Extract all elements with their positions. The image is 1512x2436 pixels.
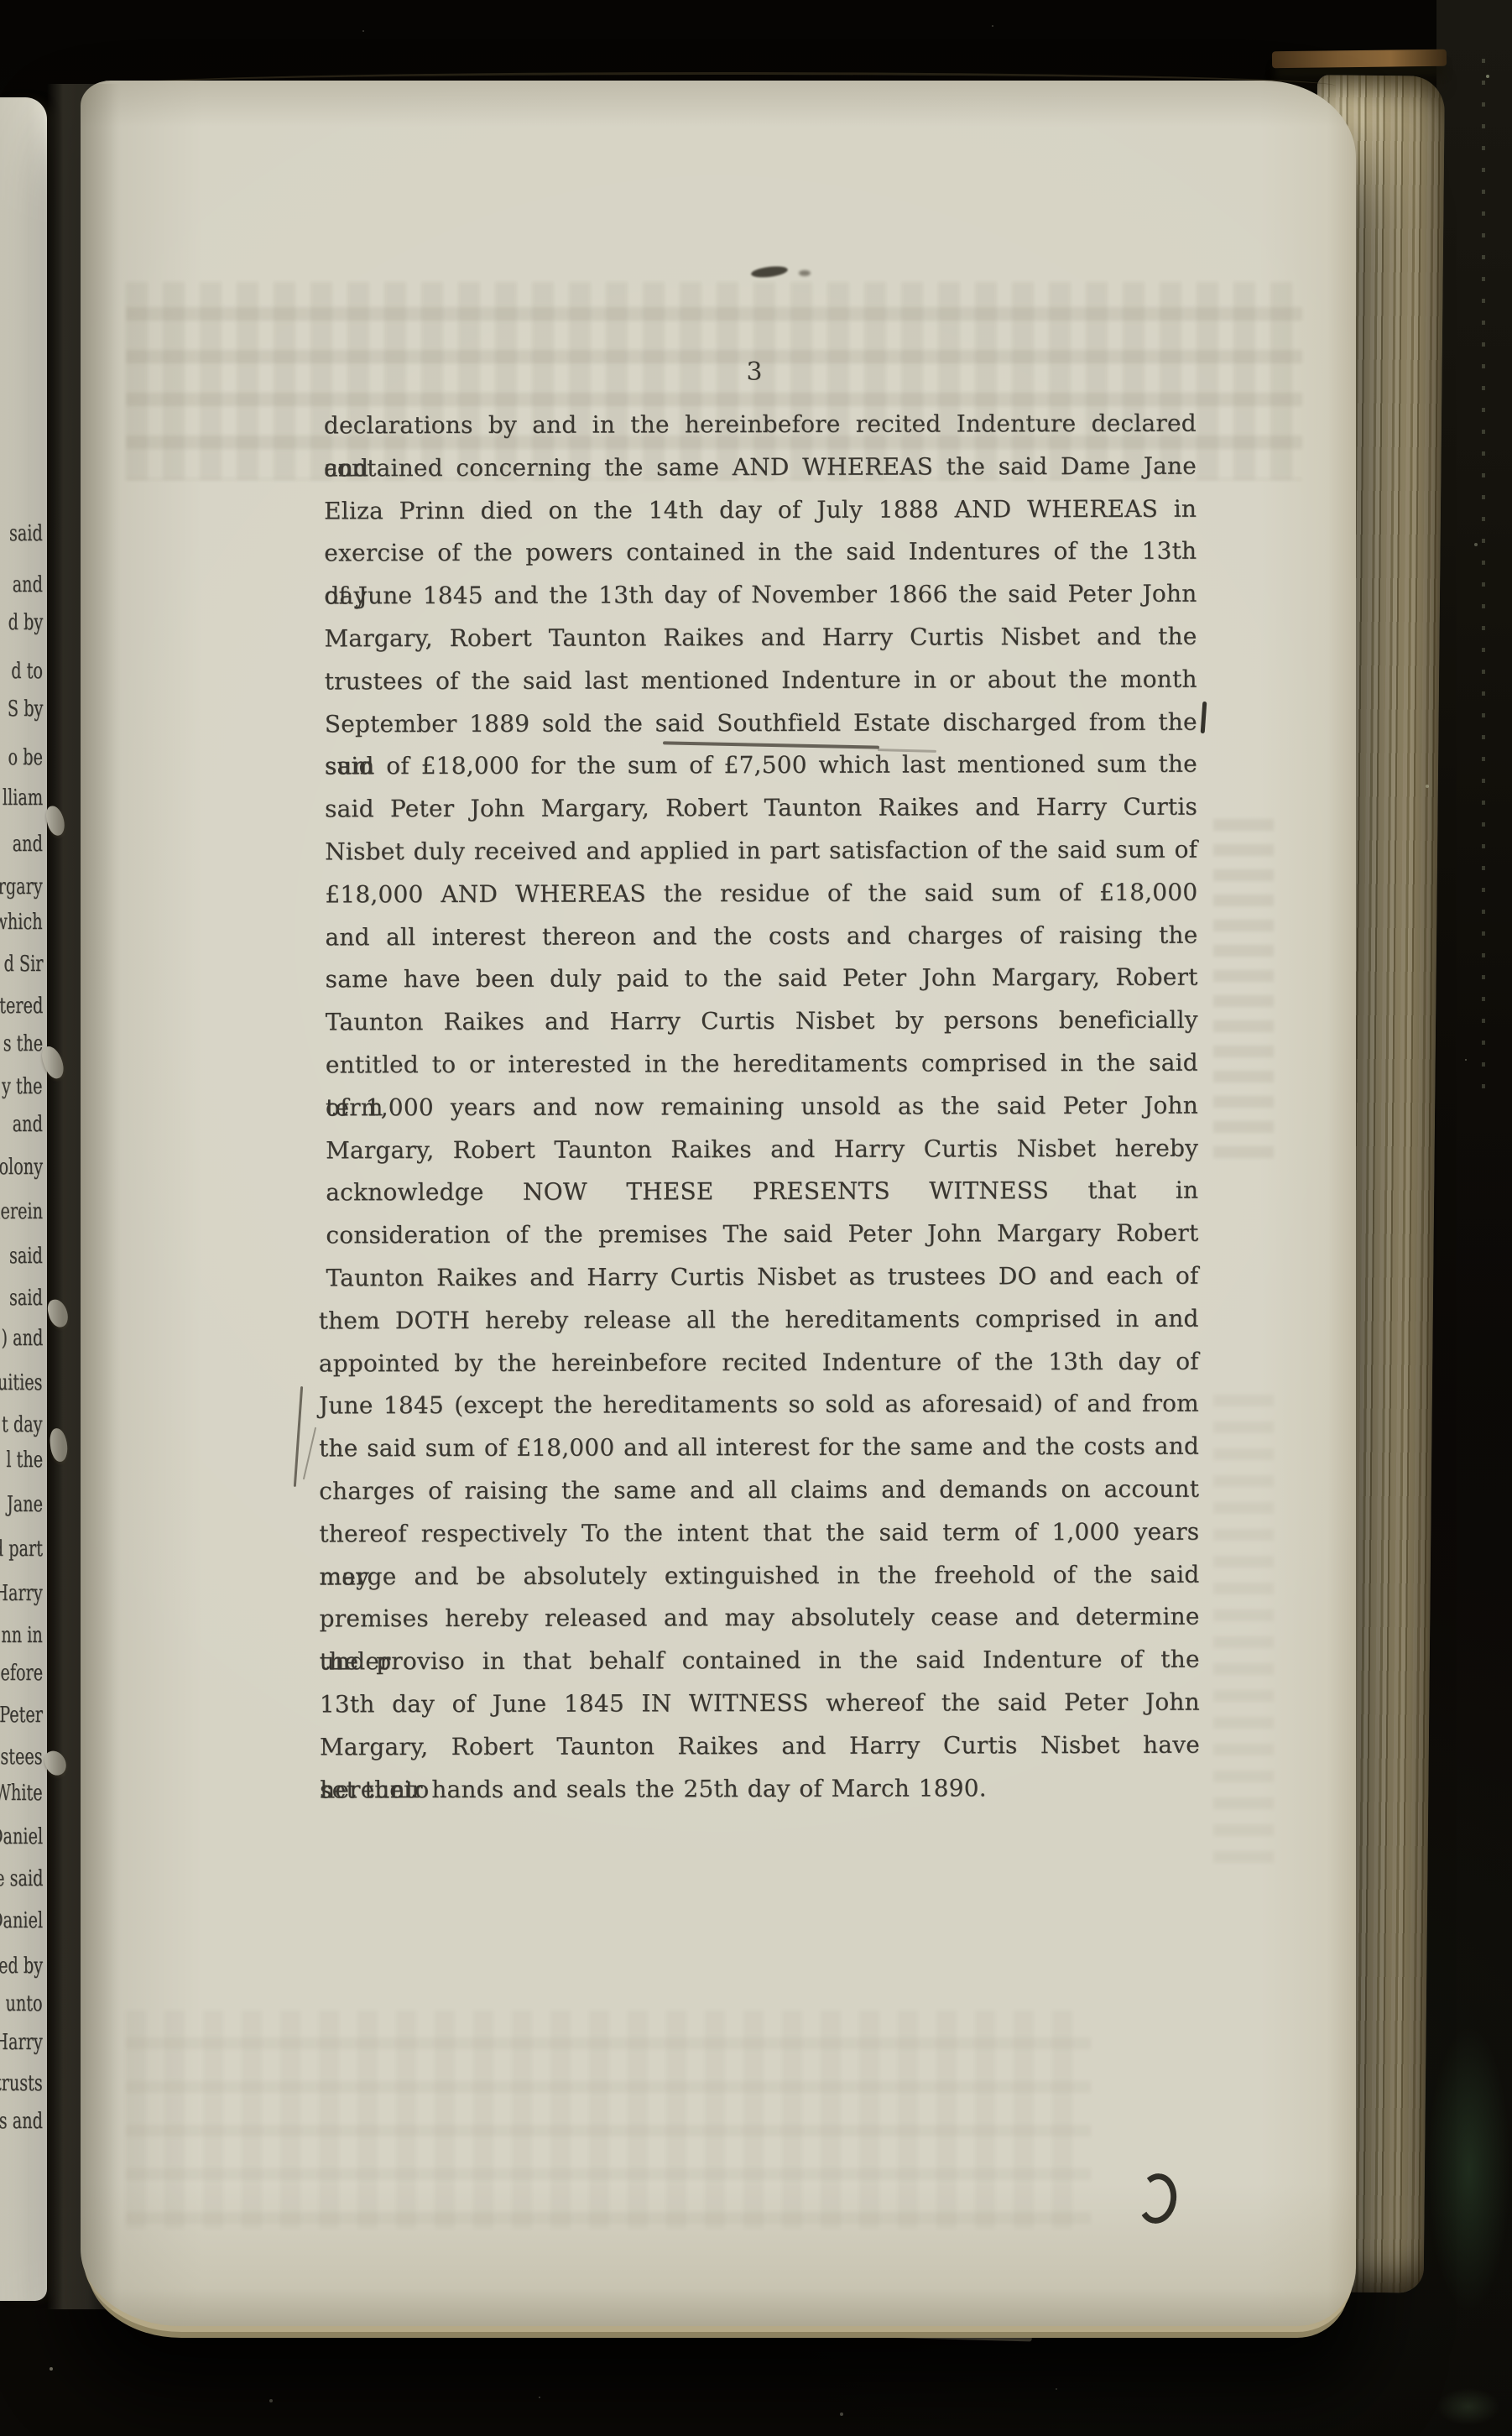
text-line: contained concerning the same AND WHEREA…: [324, 445, 1197, 490]
cover-stitching: [1482, 59, 1485, 1099]
previous-page-text-fragment: Harry: [0, 2022, 43, 2063]
text-line: of June 1845 and the 13th day of Novembe…: [324, 573, 1197, 618]
previous-page-text-fragment: and: [13, 824, 43, 864]
previous-page-text-fragment: said: [9, 1278, 43, 1318]
previous-page-text-fragment: ) and: [1, 1318, 43, 1359]
cover-board-edge: [1272, 50, 1447, 69]
text-line: exercise of the powers contained in the …: [324, 530, 1197, 576]
book-page: 3 declarations by and in the hereinbefor…: [81, 81, 1356, 2326]
previous-page-text-fragment: tered: [0, 986, 43, 1026]
previous-page-text-fragment: t day: [2, 1405, 43, 1445]
previous-page-text-fragment: unto: [6, 1984, 43, 2024]
ink-smudge: [750, 264, 788, 279]
previous-page-text-fragment: olony: [0, 1147, 43, 1187]
previous-page-text-fragment: rgary: [0, 867, 43, 907]
text-line: £18,000 AND WHEREAS the residue of the s…: [325, 871, 1197, 916]
text-line: 13th day of June 1845 IN WITNESS whereof…: [320, 1682, 1200, 1727]
torn-page-stub: [45, 1297, 70, 1330]
previous-page-text-fragment: said: [9, 514, 43, 554]
text-line: premises hereby released and may absolut…: [320, 1596, 1200, 1641]
book-photograph: { "page": { "number": "3", "lines": [ "d…: [0, 0, 1512, 2436]
text-line: and all interest thereon and the costs a…: [325, 914, 1197, 959]
text-line: the proviso in that behalf contained in …: [320, 1639, 1200, 1684]
previous-page-text-fragment: d by: [8, 602, 43, 643]
text-line: the said sum of £18,000 and all interest…: [319, 1426, 1199, 1471]
torn-page-stub: [44, 804, 66, 837]
text-line: September 1889 sold the said Southfield …: [325, 701, 1197, 746]
previous-page-text-fragment: and: [13, 565, 43, 605]
text-line: Eliza Prinn died on the 14th day of July…: [324, 488, 1197, 533]
cover-green-sheen: [1416, 1972, 1512, 2366]
previous-page-text-fragment: Jane: [7, 1484, 43, 1525]
bleed-through-text-right-margin: [1213, 1393, 1274, 1863]
previous-page-text-fragment: and: [13, 1104, 43, 1145]
pencil-margin-tick-right: [1201, 702, 1207, 733]
text-line: merge and be absolutely extinguished in …: [319, 1553, 1199, 1599]
previous-page-text-fragment: uities: [0, 1363, 43, 1403]
previous-page-text-fragment: before: [0, 1653, 43, 1693]
text-line: set their hands and seals the 25th day o…: [320, 1766, 1200, 1812]
previous-page-text-fragment: Peter: [0, 1695, 43, 1735]
text-line: said Peter John Margary, Robert Taunton …: [325, 786, 1197, 832]
previous-page-text-fragment: S by: [8, 689, 43, 729]
bleed-through-text-right-margin: [1213, 806, 1274, 1158]
text-line: sum of £18,000 for the sum of £7,500 whi…: [325, 743, 1197, 789]
previous-page-text-fragment: lliam: [3, 778, 43, 818]
text-line: of 1,000 years and now remaining unsold …: [326, 1084, 1198, 1129]
previous-page-text-fragment: y the: [2, 1067, 43, 1107]
text-line: Taunton Raikes and Harry Curtis Nisbet a…: [326, 1255, 1198, 1301]
previous-page-text-fragment: d Sir: [3, 944, 43, 984]
text-line: consideration of the premises The said P…: [326, 1213, 1198, 1258]
previous-page-text-fragment: said: [9, 1236, 43, 1276]
text-line: Margary, Robert Taunton Raikes and Harry…: [326, 1127, 1198, 1172]
text-line: June 1845 (except the hereditaments so s…: [319, 1383, 1199, 1428]
torn-page-stub: [49, 1427, 68, 1463]
previous-page-text-fragment: ted by: [0, 1946, 43, 1986]
previous-page-text-fragment: which: [0, 902, 43, 942]
previous-page-text-fragment: e said: [0, 1859, 43, 1899]
body-text: declarations by and in the hereinbefore …: [324, 403, 1200, 1812]
previous-page-text-fragment: d to: [11, 651, 43, 691]
text-line: them DOTH hereby release all the heredit…: [319, 1297, 1199, 1343]
previous-page-text-fragment: d part: [0, 1529, 43, 1569]
previous-page-text-fragment: Harry: [0, 1573, 43, 1614]
dust-specks: [0, 0, 2, 2]
previous-page-text-fragment: ustees: [0, 1737, 43, 1777]
previous-page-text-fragment: nn in: [2, 1615, 43, 1656]
page-number: 3: [733, 357, 775, 387]
previous-page-edge: saidandd byd toS byo belliamandrgarywhic…: [0, 97, 47, 2301]
previous-page-text-fragment: o be: [8, 738, 43, 778]
previous-page-text-fragment: s the: [3, 1024, 43, 1064]
book-cover-right: [1436, 0, 1512, 1427]
previous-page-text-fragment: White: [0, 1773, 43, 1813]
text-line: Taunton Raikes and Harry Curtis Nisbet b…: [326, 999, 1198, 1045]
pencil-margin-stroke-left-short: [303, 1427, 316, 1480]
text-line: declarations by and in the hereinbefore …: [324, 403, 1197, 448]
ink-smudge-small: [799, 270, 811, 276]
text-line: Nisbet duly received and applied in part…: [325, 829, 1197, 874]
previous-page-text-fragment: herein: [0, 1192, 43, 1232]
cover-green-sheen-small: [1426, 2381, 1510, 2432]
text-line: entitled to or interested in the heredit…: [326, 1042, 1198, 1088]
text-line: appointed by the hereinbefore recited In…: [319, 1340, 1199, 1385]
text-line: thereof respectively To the intent that …: [319, 1510, 1199, 1556]
text-line: charges of raising the same and all clai…: [319, 1468, 1199, 1514]
text-line: Margary, Robert Taunton Raikes and Harry…: [320, 1724, 1200, 1769]
text-line: same have been duly paid to the said Pet…: [326, 957, 1198, 1002]
previous-page-text-fragment: Daniel: [0, 1817, 43, 1857]
text-line: trustees of the said last mentioned Inde…: [325, 658, 1197, 703]
previous-page-text-fragment: Daniel: [0, 1901, 43, 1941]
previous-page-text-fragment: trusts: [0, 2063, 43, 2104]
pencil-margin-stroke-left: [294, 1386, 303, 1487]
bleed-through-text-bottom: [126, 2011, 1091, 2229]
text-line: Margary, Robert Taunton Raikes and Harry…: [324, 616, 1197, 661]
text-line: acknowledge NOW THESE PRESENTS WITNESS t…: [326, 1170, 1198, 1215]
previous-page-text-fragment: ts and: [0, 2101, 43, 2141]
previous-page-text-fragment: l the: [6, 1440, 43, 1480]
